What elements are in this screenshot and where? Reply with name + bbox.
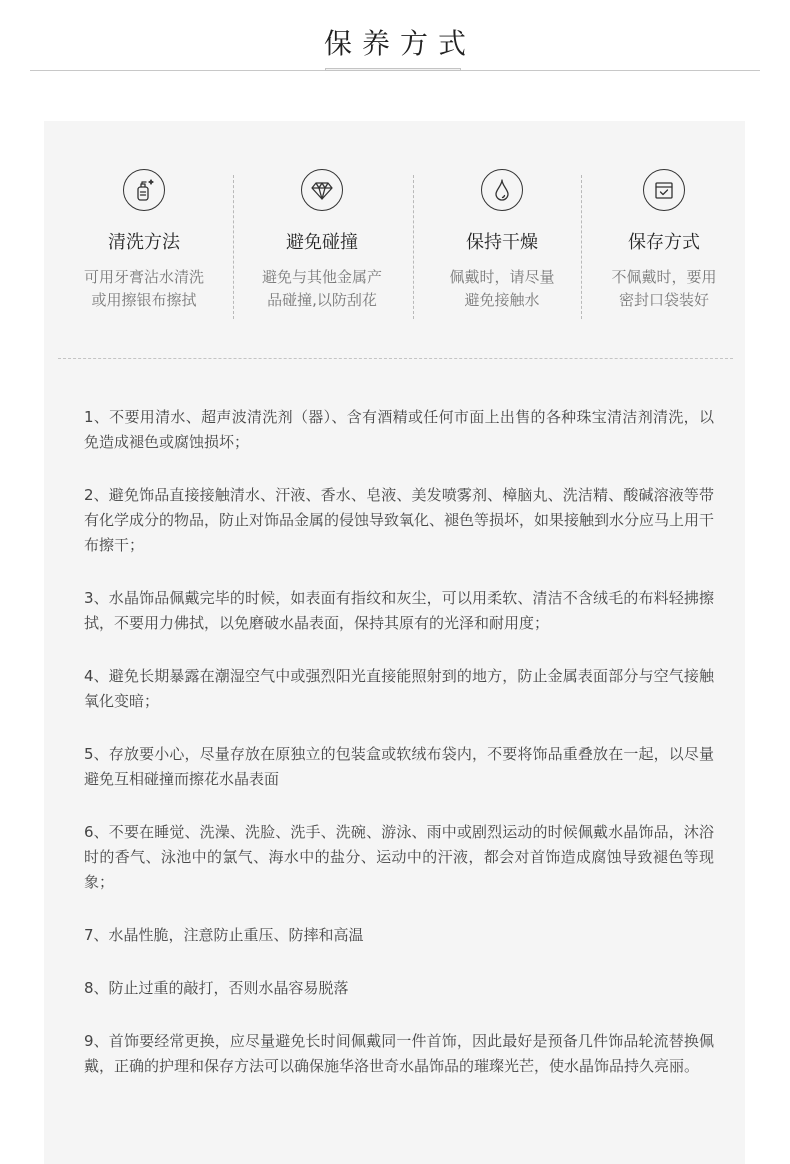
feature-description: 可用牙膏沾水清洗 或用擦银布擦拭 [59, 266, 229, 312]
feature-description: 不佩戴时，要用 密封口袋装好 [579, 266, 749, 312]
page-title: 保养方式 [0, 26, 790, 62]
feature-desc-line: 密封口袋装好 [579, 289, 749, 312]
feature-desc-line: 不佩戴时，要用 [579, 266, 749, 289]
spray-bottle-icon [123, 169, 165, 211]
feature-title: 清洗方法 [59, 231, 229, 255]
care-note: 4、避免长期暴露在潮湿空气中或强烈阳光直接能照射到的地方，防止金属表面部分与空气… [84, 664, 714, 714]
care-note: 8、防止过重的敲打，否则水晶容易脱落 [84, 976, 714, 1001]
care-panel: 清洗方法 可用牙膏沾水清洗 或用擦银布擦拭 避免碰撞 避免与其他金属产 品碰撞,… [44, 121, 745, 1164]
feature-desc-line: 佩戴时，请尽量 [417, 266, 587, 289]
feature-desc-line: 避免接触水 [417, 289, 587, 312]
feature-keep-dry: 保持干燥 佩戴时，请尽量 避免接触水 [417, 169, 587, 312]
section-divider [58, 358, 733, 359]
column-divider [413, 175, 414, 319]
care-note: 7、水晶性脆，注意防止重压、防摔和高温 [84, 923, 714, 948]
storage-box-check-icon [643, 169, 685, 211]
feature-title: 保存方式 [579, 231, 749, 255]
care-note: 3、水晶饰品佩戴完毕的时候，如表面有指纹和灰尘，可以用柔软、清洁不含绒毛的布料轻… [84, 586, 714, 636]
care-note: 5、存放要小心，尽量存放在原独立的包装盒或软绒布袋内，不要将饰品重叠放在一起，以… [84, 742, 714, 792]
feature-desc-line: 可用牙膏沾水清洗 [59, 266, 229, 289]
care-notes-list: 1、不要用清水、超声波清洗剂（器）、含有酒精或任何市面上出售的各种珠宝清洁剂清洗… [84, 405, 714, 1107]
diamond-icon [301, 169, 343, 211]
feature-description: 避免与其他金属产 品碰撞,以防刮花 [237, 266, 407, 312]
feature-cleaning: 清洗方法 可用牙膏沾水清洗 或用擦银布擦拭 [59, 169, 229, 312]
feature-row: 清洗方法 可用牙膏沾水清洗 或用擦银布擦拭 避免碰撞 避免与其他金属产 品碰撞,… [44, 121, 745, 351]
feature-desc-line: 避免与其他金属产 [237, 266, 407, 289]
section-header: 保养方式 [0, 0, 790, 121]
feature-title: 保持干燥 [417, 231, 587, 255]
care-note: 1、不要用清水、超声波清洗剂（器）、含有酒精或任何市面上出售的各种珠宝清洁剂清洗… [84, 405, 714, 455]
care-note: 6、不要在睡觉、洗澡、洗脸、洗手、洗碗、游泳、雨中或剧烈运动的时候佩戴水晶饰品，… [84, 820, 714, 895]
water-drop-icon [481, 169, 523, 211]
care-note: 9、首饰要经常更换，应尽量避免长时间佩戴同一件首饰，因此最好是预备几件饰品轮流替… [84, 1029, 714, 1079]
feature-title: 避免碰撞 [237, 231, 407, 255]
feature-description: 佩戴时，请尽量 避免接触水 [417, 266, 587, 312]
feature-desc-line: 或用擦银布擦拭 [59, 289, 229, 312]
title-underline-accent [325, 68, 461, 71]
feature-storage: 保存方式 不佩戴时，要用 密封口袋装好 [579, 169, 749, 312]
column-divider [233, 175, 234, 319]
feature-avoid-collision: 避免碰撞 避免与其他金属产 品碰撞,以防刮花 [237, 169, 407, 312]
care-note: 2、避免饰品直接接触清水、汗液、香水、皂液、美发喷雾剂、樟脑丸、洗洁精、酸碱溶液… [84, 483, 714, 558]
feature-desc-line: 品碰撞,以防刮花 [237, 289, 407, 312]
